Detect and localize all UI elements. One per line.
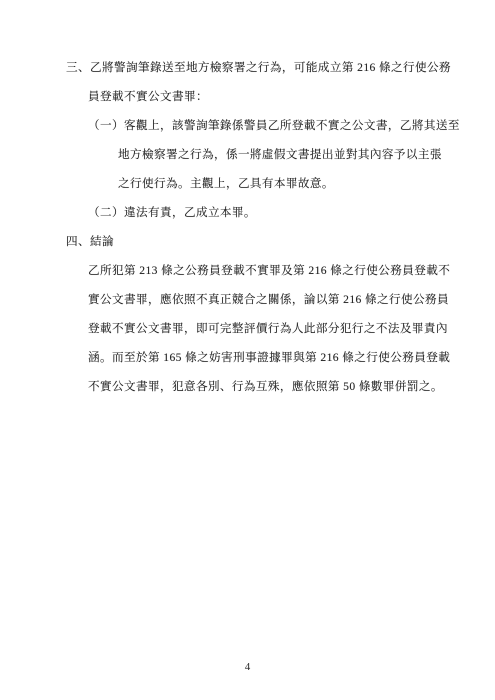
text-line-item-1: （一）客觀上，該警詢筆錄係警員乙所登載不實之公文書，乙將其送至 [0,111,495,140]
text-line-heading-3: 三、乙將警詢筆錄送至地方檢察署之行為，可能成立第 216 條之行使公務 [0,53,495,82]
text-line: 不實公文書罪，犯意各別、行為互殊，應依照第 50 條數罪併罰之。 [0,372,495,401]
text-line: 實公文書罪，應依照不真正競合之關係，論以第 216 條之行使公務員 [0,285,495,314]
page-number: 4 [0,661,495,673]
text-line-item-2: （二）違法有責，乙成立本罪。 [0,198,495,227]
text-line: 地方檢察署之行為，係一將虛假文書提出並對其內容予以主張 [0,140,495,169]
text-line: 登載不實公文書罪，即可完整評價行為人此部分犯行之不法及罪責內 [0,314,495,343]
document-page: 三、乙將警詢筆錄送至地方檢察署之行為，可能成立第 216 條之行使公務 員登載不… [0,0,495,700]
document-text-block: 三、乙將警詢筆錄送至地方檢察署之行為，可能成立第 216 條之行使公務 員登載不… [0,53,495,401]
text-line: 乙所犯第 213 條之公務員登載不實罪及第 216 條之行使公務員登載不 [0,256,495,285]
text-line: 之行使行為。主觀上，乙具有本罪故意。 [0,169,495,198]
text-line: 涵。而至於第 165 條之妨害刑事證據罪與第 216 條之行使公務員登載 [0,343,495,372]
text-line: 員登載不實公文書罪： [0,82,495,111]
text-line-heading-4: 四、結論 [0,227,495,256]
